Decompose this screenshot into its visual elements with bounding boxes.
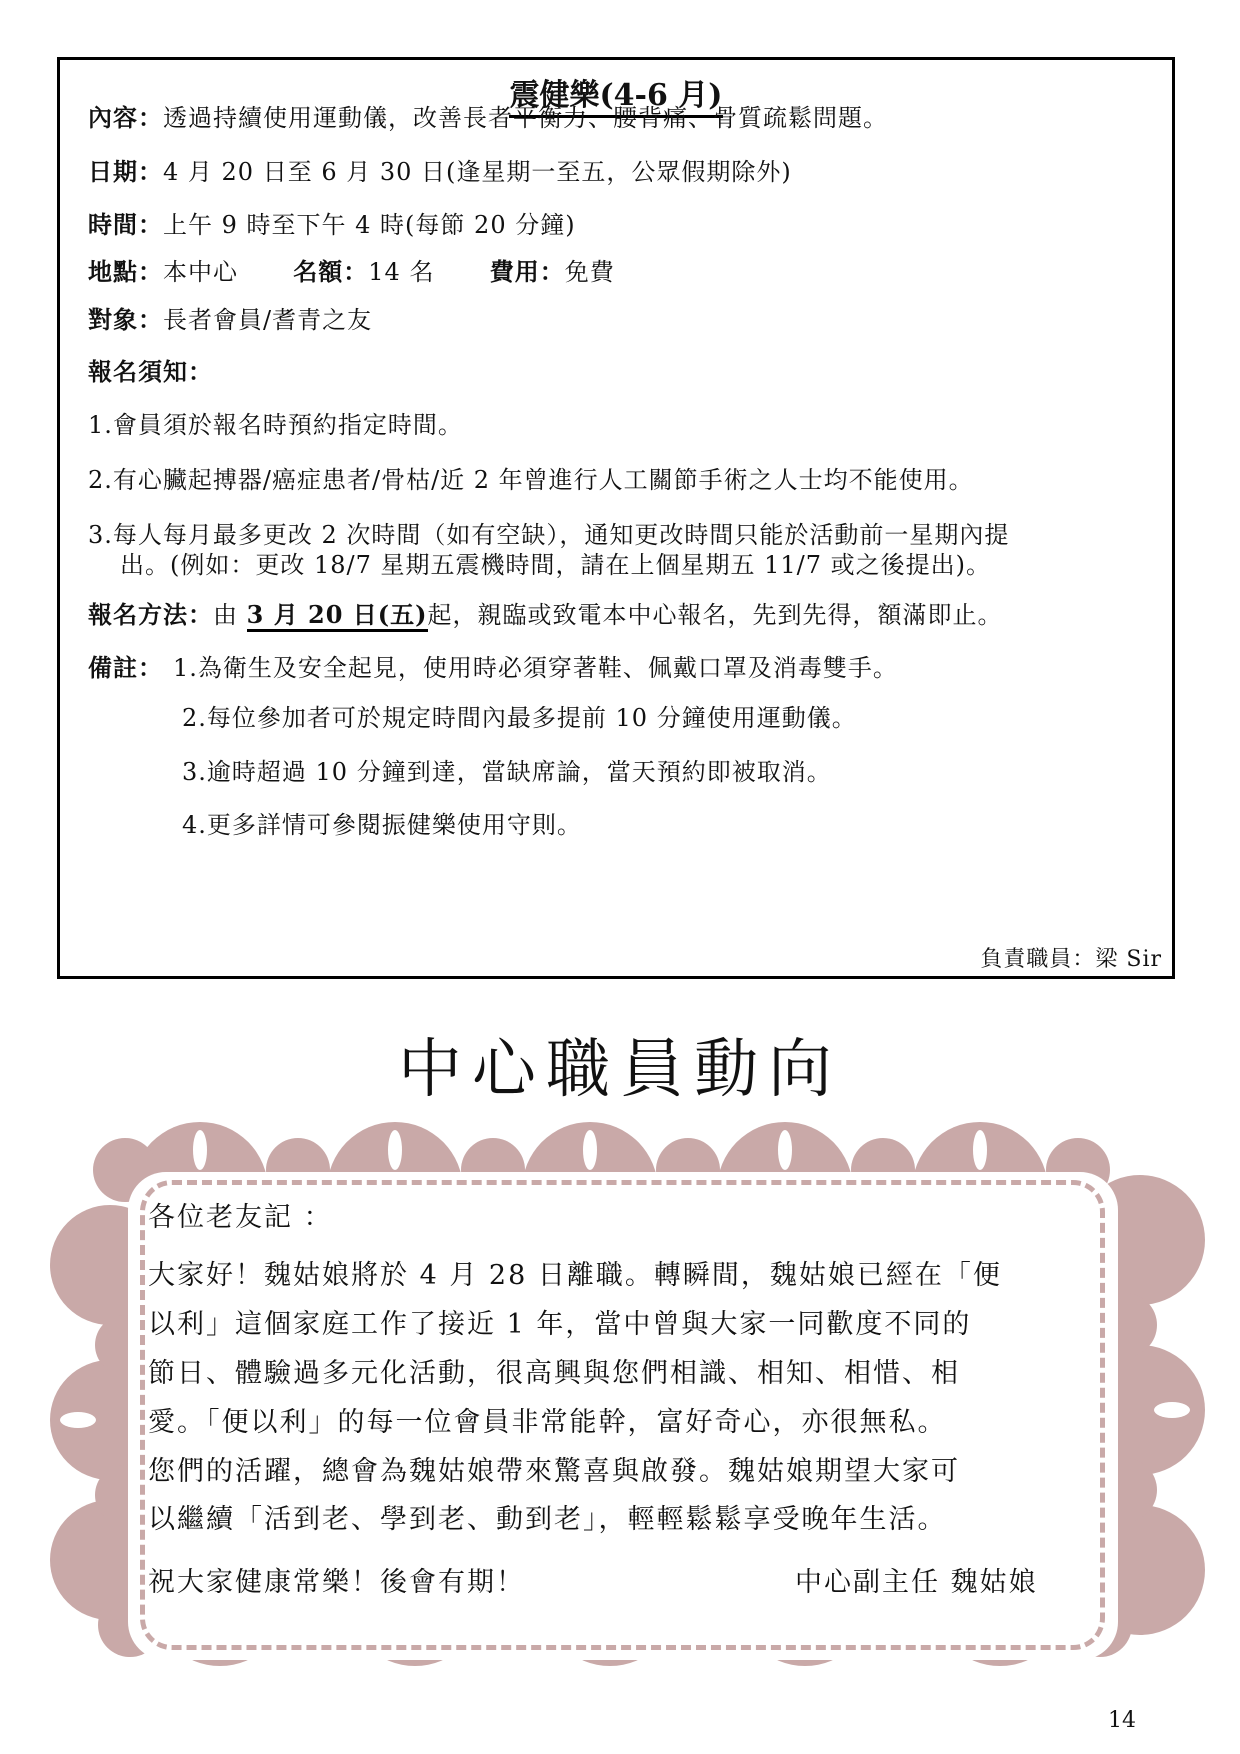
letter-closing: 祝大家健康常樂！後會有期！: [148, 1560, 525, 1599]
letter-line: 節日、體驗過多元化活動，很高興與您們相識、相知、相惜、相: [148, 1351, 960, 1390]
letter-line: 以利」這個家庭工作了接近 1 年，當中曾與大家一同歡度不同的: [148, 1302, 971, 1341]
letter-line: 大家好！魏姑娘將於 4 月 28 日離職。轉瞬間，魏姑娘已經在「便: [148, 1253, 1002, 1292]
letter-line: 以繼續「活到老、學到老、動到老」，輕輕鬆鬆享受晚年生活。: [148, 1497, 947, 1536]
letter-line: 您們的活躍，總會為魏姑娘帶來驚喜與啟發。魏姑娘期望大家可: [148, 1449, 960, 1488]
page-number: 14: [1108, 1708, 1136, 1733]
letter-greeting: 各位老友記 ：: [148, 1195, 333, 1234]
letter-signature: 中心副主任 魏姑娘: [795, 1560, 1038, 1599]
letter-line: 愛。「便以利」的每一位會員非常能幹，富好奇心，亦很無私。: [148, 1400, 947, 1439]
